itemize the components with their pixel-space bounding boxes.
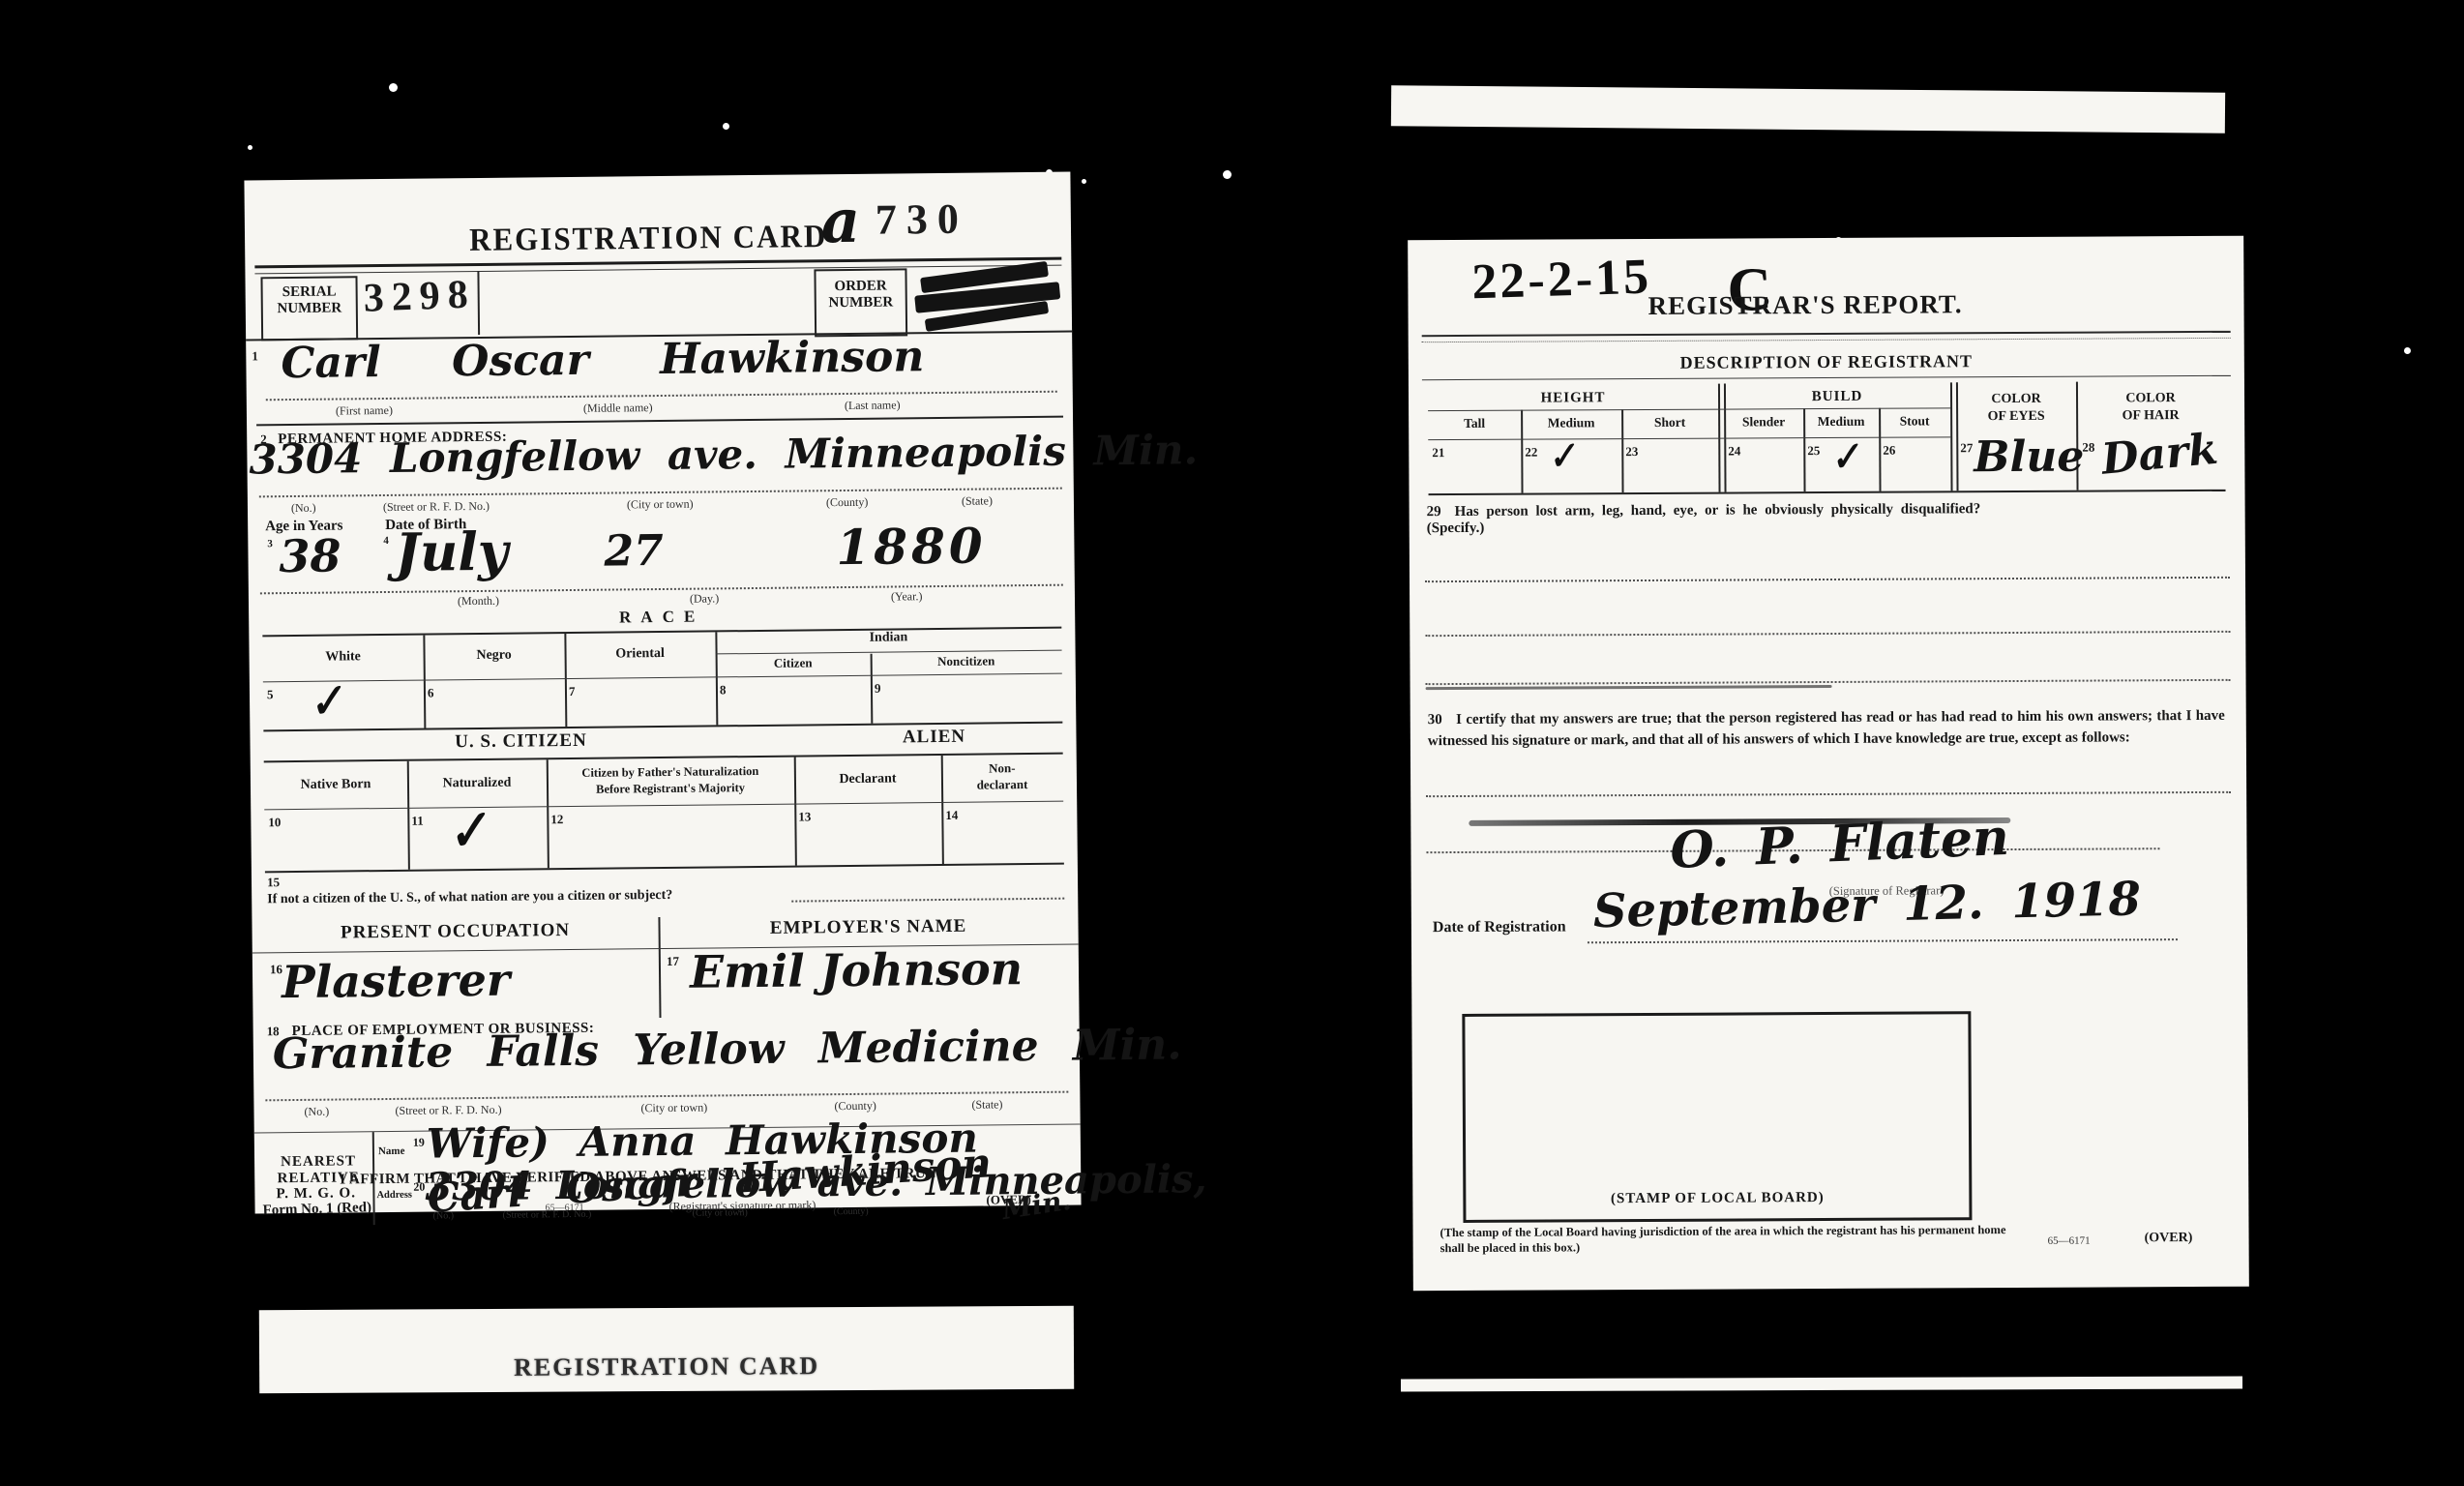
race-white-label: White: [263, 649, 424, 667]
address-city-label: (City or town): [627, 497, 694, 513]
q30-text: I certify that my answers are true; that…: [1428, 708, 2225, 749]
us-citizen-header: U. S. CITIZEN: [250, 728, 791, 756]
race-white-checkmark: [312, 677, 347, 728]
non-declarant-number: 14: [945, 808, 958, 823]
registrars-report-card: 22-2-15 C REGISTRAR'S REPORT. DESCRIPTIO…: [1408, 236, 2249, 1292]
order-number-label-box: ORDER NUMBER: [814, 268, 907, 337]
registration-date-label: Date of Registration: [1433, 918, 1566, 936]
employer-handwriting: Emil Johnson: [690, 942, 1024, 998]
tall-label: Tall: [1428, 416, 1521, 432]
line15-row: 15 If not a citizen of the U. S., of wha…: [252, 867, 1078, 918]
race-negro-label: Negro: [424, 647, 565, 665]
height-medium-checkmark: [1550, 435, 1580, 476]
build-header: BUILD: [1724, 388, 1950, 405]
registrant-name-handwriting: Carl Oscar Hawkinson: [281, 332, 924, 388]
serial-number-value: 3298: [363, 271, 477, 321]
year-label: (Year.): [891, 589, 923, 604]
q29-number: 29: [1427, 504, 1441, 520]
name-dotted-line: [266, 391, 1057, 401]
address-county-label: (County): [826, 495, 868, 510]
right-print-code: 65—6171: [2048, 1235, 2091, 1247]
field-number-3: 3: [267, 538, 273, 550]
naturalized-number: 11: [411, 814, 423, 829]
registration-date-handwriting: September 12. 1918: [1592, 872, 2141, 938]
employment-street-label: (Street or R. F. D. No.): [395, 1103, 501, 1118]
q29-specify: (Specify.): [1427, 517, 2228, 537]
citizenship-table: Native Born Naturalized Citizen by Fathe…: [264, 753, 1064, 874]
address-state-label: (State): [962, 493, 993, 508]
q30-dotted-line-1: [1426, 791, 2231, 797]
form-number-label: Form No. 1 (Red): [262, 1200, 371, 1219]
registration-card: REGISTRATION CARD a 730 SERIAL NUMBER 32…: [244, 172, 1081, 1214]
field-number-1: 1: [252, 348, 258, 364]
race-table: White Negro Oriental Indian Citizen Nonc…: [262, 627, 1062, 732]
serial-order-row: SERIAL NUMBER 3298 ORDER NUMBER: [245, 265, 1072, 342]
card-title: REGISTRATION CARD: [469, 218, 828, 259]
native-born-number: 10: [268, 815, 281, 830]
race-citizen-label: Citizen: [716, 655, 871, 672]
short-number: 23: [1625, 444, 1638, 460]
right-over-label: (OVER): [2145, 1231, 2193, 1246]
birth-dotted-line: [260, 584, 1063, 595]
employment-city-label: (City or town): [640, 1101, 707, 1116]
race-white-number: 5: [267, 687, 274, 702]
hair-color-handwriting: Dark: [2099, 425, 2220, 485]
native-born-label: Native Born: [264, 777, 407, 794]
address-row: 2 PERMANENT HOME ADDRESS: 3304 Longfello…: [247, 422, 1074, 518]
address-no-label: (No.): [291, 501, 316, 516]
month-label: (Month.): [458, 594, 499, 609]
naturalized-checkmark: [450, 802, 492, 861]
corner-mark-number: 730: [876, 194, 969, 245]
non-declarant-label-1: Non-: [941, 760, 1063, 777]
home-address-handwriting: 3304 Longfellow ave. Minneapolis Min.: [249, 426, 1198, 483]
question-30: 30 I certify that my answers are true; t…: [1428, 706, 2225, 753]
description-rule: [1422, 375, 2231, 380]
eyes-color-handwriting: Blue: [1974, 432, 2084, 483]
next-card-edge-strip: [1401, 1376, 2242, 1391]
build-medium-checkmark: [1832, 436, 1863, 480]
field-number-4: 4: [383, 535, 389, 547]
corner-mark-letter: a: [821, 186, 861, 256]
build-medium-number: 25: [1807, 443, 1820, 459]
report-header-rule: [1422, 331, 2231, 342]
day-label: (Day.): [690, 591, 719, 606]
employment-county-label: (County): [834, 1099, 876, 1114]
relative-name-label: Name: [378, 1145, 405, 1157]
employment-no-label: (No.): [304, 1105, 329, 1119]
report-title: REGISTRAR'S REPORT.: [1648, 289, 1962, 321]
eyes-number: 27: [1960, 440, 1973, 456]
previous-card-edge-strip: [1391, 85, 2225, 134]
naturalized-label: Naturalized: [407, 775, 547, 792]
employment-place-section: 18 PLACE OF EMPLOYMENT OR BUSINESS: Gran…: [253, 1016, 1081, 1129]
last-name-label: (Last name): [845, 398, 901, 413]
registrar-signature-handwriting: O. P. Flaten: [1669, 808, 2010, 880]
address-street-label: (Street or R. F. D. No.): [383, 499, 490, 515]
serial-label-1: SERIAL: [263, 283, 356, 301]
father-naturalization-label-2: Before Registrant's Majority: [547, 781, 794, 798]
next-registration-card-partial: REGISTRATION CARD: [259, 1306, 1074, 1393]
relative-address-label: Address: [376, 1190, 412, 1201]
occupation-employer-section: PRESENT OCCUPATION EMPLOYER'S NAME 16 Pl…: [252, 913, 1079, 1023]
left-print-code: 65—6171: [546, 1203, 584, 1213]
declarant-number: 13: [798, 809, 811, 824]
relative-county-label: (County): [834, 1206, 869, 1217]
present-occupation-header: PRESENT OCCUPATION: [252, 919, 658, 944]
birth-day-handwriting: 27: [604, 526, 664, 577]
first-name-label: (First name): [336, 403, 393, 419]
registrant-signature-label: (Registrant's signature or mark): [668, 1198, 816, 1214]
nation-question-dotted-line: [791, 898, 1064, 903]
birth-month-handwriting: July: [395, 520, 508, 583]
slender-label: Slender: [1724, 414, 1803, 430]
q29-text: Has person lost arm, leg, hand, eye, or …: [1455, 501, 1981, 520]
race-noncitizen-label: Noncitizen: [871, 653, 1062, 670]
eyes-header-2: OF EYES: [1956, 409, 2076, 426]
address-dotted-line: [259, 488, 1062, 498]
height-medium-number: 22: [1525, 445, 1537, 461]
board-stamp-number: 22-2-15: [1470, 249, 1651, 312]
tall-number: 21: [1432, 445, 1444, 461]
question-29: 29 Has person lost arm, leg, hand, eye, …: [1427, 499, 2228, 537]
serial-row-divider: [477, 271, 480, 335]
employers-name-header: EMPLOYER'S NAME: [658, 915, 1078, 941]
declarant-label: Declarant: [794, 771, 941, 788]
stamp-box-note: (The stamp of the Local Board having jur…: [1440, 1222, 2020, 1257]
employment-state-label: (State): [971, 1097, 1002, 1112]
scan-noise-specks: [248, 145, 252, 150]
field-number-17: 17: [667, 954, 679, 969]
nearest-label: NEAREST: [268, 1153, 369, 1171]
race-oriental-number: 7: [569, 684, 576, 699]
age-value-handwriting: 38: [279, 529, 341, 582]
non-declarant-label-2: declarant: [941, 777, 1063, 793]
hair-header-2: OF HAIR: [2076, 408, 2225, 425]
hair-header-1: COLOR: [2076, 391, 2225, 407]
field-number-19: 19: [413, 1136, 425, 1150]
height-medium-label: Medium: [1521, 415, 1621, 431]
stout-number: 26: [1883, 443, 1895, 459]
race-oriental-label: Oriental: [565, 645, 716, 663]
stout-label: Stout: [1879, 413, 1950, 429]
order-number-obscured-stamp: [914, 263, 1060, 329]
race-indian-label: Indian: [715, 629, 1061, 648]
race-noncitizen-number: 9: [875, 681, 881, 697]
scanned-document-page: REGISTRATION CARD a 730 SERIAL NUMBER 32…: [0, 0, 2464, 1486]
order-label-1: ORDER: [816, 278, 905, 295]
age-birth-row: Age in Years Date of Birth 3 38 4 July 2…: [248, 511, 1075, 612]
date-dotted-line: [1588, 938, 2178, 943]
nation-question: If not a citizen of the U. S., of what n…: [267, 888, 672, 907]
build-medium-label: Medium: [1803, 414, 1879, 430]
description-table: HEIGHT BUILD COLOR OF EYES COLOR OF HAIR…: [1428, 381, 2226, 495]
stamp-box-caption: (STAMP OF LOCAL BOARD): [1466, 1189, 1969, 1208]
name-row: 1 Carl Oscar Hawkinson (First name) (Mid…: [246, 335, 1073, 425]
alien-header: ALIEN: [791, 726, 1076, 750]
employment-dotted-line: [265, 1091, 1068, 1102]
father-naturalization-label-1: Citizen by Father's Naturalization: [547, 763, 794, 782]
race-citizen-number: 8: [720, 682, 727, 698]
q30-number: 30: [1428, 712, 1442, 728]
father-naturalization-number: 12: [550, 812, 563, 827]
birth-year-handwriting: 1880: [836, 517, 987, 576]
serial-number-label-box: SERIAL NUMBER: [260, 276, 358, 341]
field-number-15: 15: [267, 875, 280, 890]
occupation-handwriting: Plasterer: [282, 954, 511, 1008]
next-card-title: REGISTRATION CARD: [259, 1351, 1074, 1383]
hair-number: 28: [2082, 440, 2094, 456]
height-header: HEIGHT: [1428, 390, 1718, 408]
local-board-stamp-box: (STAMP OF LOCAL BOARD): [1462, 1011, 1972, 1223]
middle-name-label: (Middle name): [583, 401, 653, 416]
q29-dotted-line-1: [1425, 577, 2230, 582]
q29-smudge-line: [1426, 685, 1832, 690]
short-label: Short: [1621, 415, 1718, 431]
serial-label-2: NUMBER: [263, 301, 356, 318]
description-section-header: DESCRIPTION OF REGISTRANT: [1409, 350, 2244, 375]
q29-dotted-line-2: [1425, 631, 2230, 637]
employment-place-handwriting: Granite Falls Yellow Medicine Min.: [273, 1020, 1182, 1079]
slender-number: 24: [1728, 443, 1740, 459]
order-label-2: NUMBER: [816, 295, 905, 312]
eyes-header-1: COLOR: [1956, 392, 2076, 408]
left-over-label: (OVER): [986, 1192, 1030, 1207]
race-negro-number: 6: [428, 685, 434, 700]
